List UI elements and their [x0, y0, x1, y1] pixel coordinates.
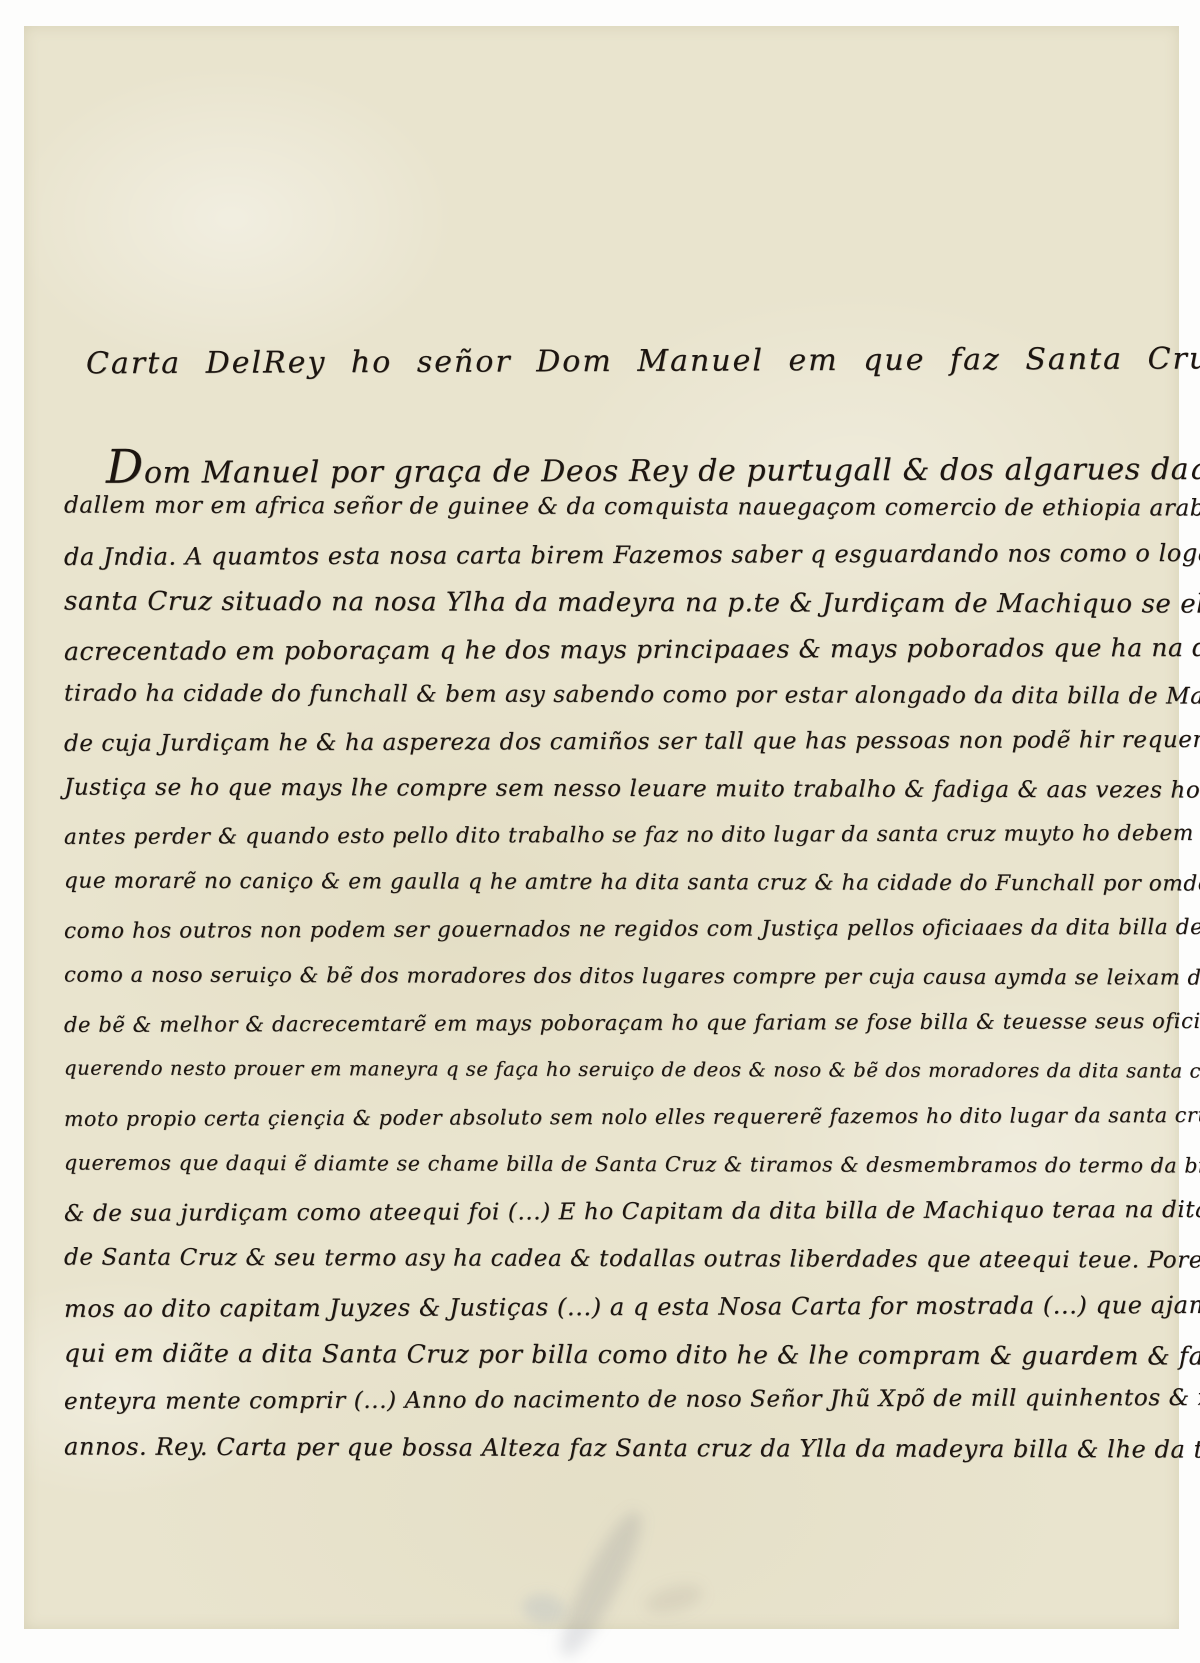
manuscript-text-line: antes perder & quando esto pello dito tr…	[64, 821, 1169, 872]
pencil-smudge	[642, 1579, 707, 1620]
manuscript-text-line: annos. Rey. Carta per que bossa Alteza f…	[64, 1433, 1169, 1483]
manuscript-text-line: santa Cruz situado na nosa Ylha da madey…	[64, 587, 1169, 637]
pencil-smudge	[550, 1505, 653, 1651]
manuscript-text-line: Dom Manuel por graça de Deos Rey de purt…	[64, 440, 1169, 496]
manuscript-text-line: de Santa Cruz & seu termo asy ha cadea &…	[64, 1245, 1169, 1295]
manuscript-text-line: da Jndia. A quamtos esta nosa carta bire…	[64, 539, 1169, 590]
manuscript-text-line: que morarẽ no caniço & em gaulla q he am…	[64, 869, 1169, 919]
manuscript-text-line: qui em diãte a dita Santa Cruz por billa…	[64, 1339, 1169, 1389]
manuscript-text-line: acrecentado em poboraçam q he dos mays p…	[64, 633, 1169, 684]
manuscript-text-line: enteyra mente comprir (...) Anno do naci…	[64, 1385, 1169, 1436]
manuscript-text-line: como a noso seruiço & bẽ dos moradores d…	[64, 963, 1169, 1013]
manuscript-text-line: de cuja Jurdiçam he & ha aspereza dos ca…	[64, 727, 1169, 778]
pencil-smudge	[520, 1590, 569, 1627]
parchment-sheet: Carta DelRey ho señor Dom Manuel em que …	[24, 26, 1179, 1629]
manuscript-text-line: dallem mor em africa señor de guinee & d…	[64, 493, 1169, 543]
manuscript-text-line: moto propio certa çiençia & poder absolu…	[64, 1103, 1169, 1154]
manuscript-text-line: tirado ha cidade do funchall & bem asy s…	[64, 681, 1169, 731]
manuscript-text-line: querendo nesto prouer em maneyra q se fa…	[64, 1057, 1169, 1107]
manuscript-text-line: Justiça se ho que mays lhe compre sem ne…	[64, 775, 1169, 825]
manuscript-text-line: & de sua jurdiçam como ateequi foi (...)…	[64, 1197, 1169, 1248]
manuscript-title-line: Carta DelRey ho señor Dom Manuel em que …	[86, 342, 1146, 382]
manuscript-text-line: mos ao dito capitam Juyzes & Justiças (.…	[64, 1291, 1169, 1342]
manuscript-text-line: como hos outros non podem ser gouernados…	[64, 915, 1169, 966]
scan-background: Carta DelRey ho señor Dom Manuel em que …	[0, 0, 1200, 1651]
manuscript-text-line: de bẽ & melhor & dacrecemtarẽ em mays po…	[64, 1009, 1169, 1060]
manuscript-body: Dom Manuel por graça de Deos Rey de purt…	[64, 442, 1169, 1481]
manuscript-text-line: queremos que daqui ẽ diamte se chame bil…	[64, 1151, 1169, 1201]
